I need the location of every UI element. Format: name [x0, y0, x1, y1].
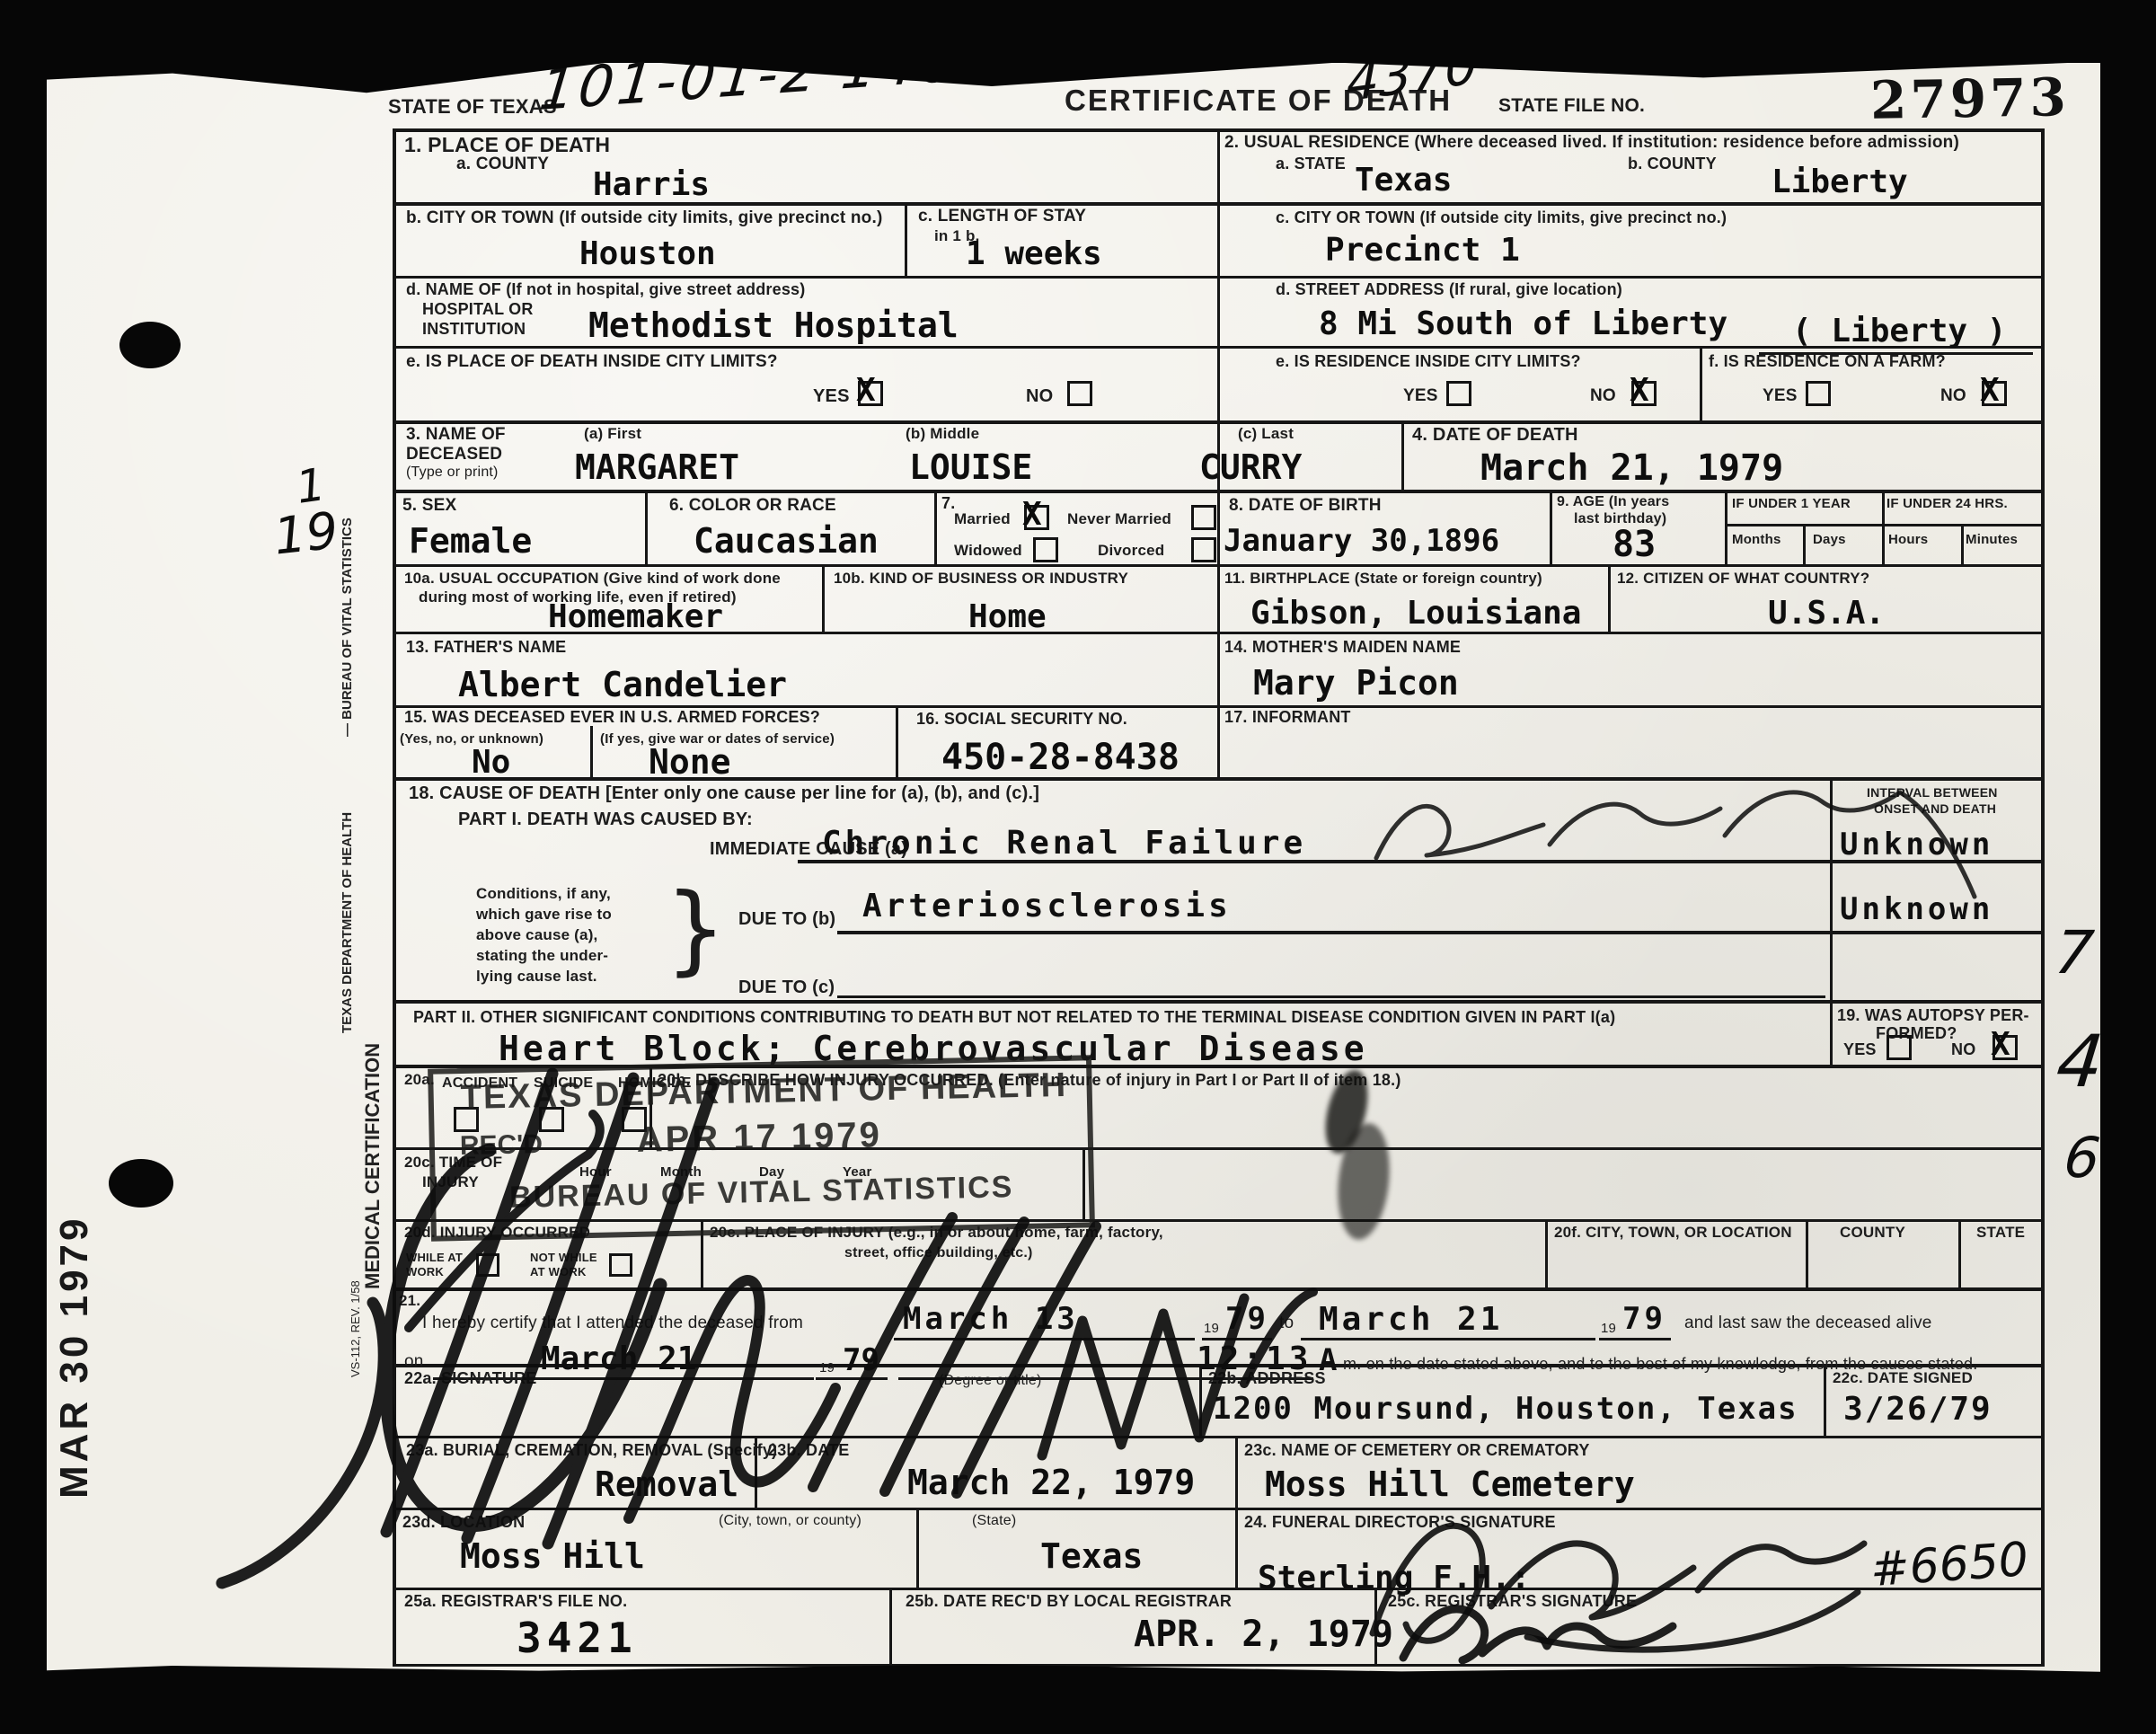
field-14-label: 14. MOTHER'S MAIDEN NAME — [1224, 638, 1461, 657]
grid-line — [1608, 564, 1611, 634]
field-2f-label: f. IS RESIDENCE ON A FARM? — [1709, 352, 1946, 371]
field-18-interval-b-value: Unknown — [1840, 891, 1993, 927]
received-stamp-recd: REC'D — [460, 1129, 543, 1162]
field-7-married-label: Married — [954, 510, 1011, 528]
field-19-yes-label: YES — [1843, 1040, 1877, 1059]
field-1d-value: Methodist Hospital — [588, 305, 959, 345]
field-2f-yes-label: YES — [1763, 386, 1798, 406]
hole-punch-bottom — [109, 1159, 173, 1208]
field-4-label: 4. DATE OF DEATH — [1412, 425, 1578, 446]
field-17-label: 17. INFORMANT — [1224, 708, 1351, 727]
field-2e-no-label: NO — [1590, 386, 1616, 406]
field-23d-sub-label: (City, town, or county) — [719, 1513, 862, 1529]
field-2e-no-checkbox: X — [1631, 381, 1657, 406]
field-24-license-number: #6650 — [1869, 1533, 2030, 1597]
grid-line — [1401, 420, 1404, 492]
field-18-part2-label: PART II. OTHER SIGNIFICANT CONDITIONS CO… — [413, 1008, 1615, 1027]
field-2d-value: 8 Mi South of Liberty — [1319, 305, 1727, 342]
field-18-interval-a-value: Unknown — [1840, 827, 1993, 863]
field-20d-not-checkbox — [609, 1253, 632, 1277]
field-21-number: 21. — [399, 1292, 420, 1310]
field-4-value: March 21, 1979 — [1480, 447, 1783, 489]
field-7-widowed-checkbox — [1033, 537, 1058, 562]
field-5-label: 5. SEX — [402, 496, 456, 516]
grid-line — [905, 202, 907, 279]
grid-line — [1700, 346, 1702, 423]
grid-line — [590, 726, 593, 780]
underline — [1301, 1338, 1595, 1340]
field-2d-value2: ( Liberty ) — [1792, 313, 2006, 349]
field-2e-label: e. IS RESIDENCE INSIDE CITY LIMITS? — [1276, 352, 1581, 371]
field-24-label: 24. FUNERAL DIRECTOR'S SIGNATURE — [1244, 1513, 1556, 1532]
grid-line — [916, 1508, 919, 1590]
field-21-19c: 19 — [819, 1360, 835, 1376]
field-22c-label: 22c. DATE SIGNED — [1833, 1369, 1973, 1387]
margin-bureau-text: — BUREAU OF VITAL STATISTICS — [340, 323, 355, 737]
field-1e-yes-label: YES — [813, 386, 850, 407]
field-21-19b: 19 — [1601, 1321, 1616, 1336]
field-19-label1: 19. WAS AUTOPSY PER- — [1837, 1006, 2029, 1025]
field-7-divorced-label: Divorced — [1098, 542, 1164, 560]
field-2e-yes-label: YES — [1403, 386, 1438, 406]
field-2b-label: b. COUNTY — [1628, 155, 1717, 173]
state-of-texas-label: STATE OF TEXAS — [388, 95, 557, 119]
state-file-no-label: STATE FILE NO. — [1498, 95, 1645, 117]
field-2f-yes-checkbox — [1806, 381, 1831, 406]
field-13-value: Albert Candelier — [458, 665, 787, 704]
field-15-label: 15. WAS DECEASED EVER IN U.S. ARMED FORC… — [404, 708, 820, 727]
grid-line — [1824, 1364, 1826, 1438]
field-3-label1: 3. NAME OF — [406, 425, 506, 445]
field-9-value: 83 — [1613, 524, 1656, 565]
grid-line — [1235, 1508, 1238, 1590]
field-15-value1: No — [472, 744, 510, 781]
field-1c-label: c. LENGTH OF STAY — [918, 207, 1086, 226]
grid-line — [645, 490, 648, 567]
field-2f-no-checkbox: X — [1982, 381, 2007, 406]
grid-line — [889, 1588, 892, 1667]
death-certificate-scan: — BUREAU OF VITAL STATISTICS TEXAS DEPAR… — [0, 0, 2156, 1734]
field-22b-value: 1200 Moursund, Houston, Texas — [1213, 1391, 1798, 1427]
field-25b-label: 25b. DATE REC'D BY LOCAL REGISTRAR — [906, 1592, 1232, 1611]
grid-line — [393, 1508, 2041, 1510]
field-9-under1yr-label: IF UNDER 1 YEAR — [1732, 496, 1851, 511]
field-9-days-label: Days — [1813, 532, 1846, 547]
field-7-widowed-label: Widowed — [954, 542, 1022, 560]
field-20d-not-label1: NOT WHILE — [530, 1251, 597, 1264]
field-23c-value: Moss Hill Cemetery — [1265, 1464, 1635, 1504]
field-21-19a: 19 — [1204, 1321, 1219, 1336]
conditions-brace: } — [665, 873, 727, 986]
field-22b-label: 22b. ADDRESS — [1208, 1369, 1326, 1388]
field-9-hours-label: Hours — [1888, 532, 1928, 547]
field-1-title: 1. PLACE OF DEATH — [404, 133, 610, 157]
field-5-value: Female — [409, 521, 532, 561]
underline — [894, 1338, 1195, 1340]
field-23b-label: 23b. DATE — [768, 1441, 849, 1460]
field-16-value: 450-28-8438 — [941, 737, 1180, 778]
grid-line — [2041, 128, 2045, 1667]
field-21-text2: and last saw the deceased alive — [1684, 1314, 1932, 1333]
field-9-minutes-label: Minutes — [1966, 532, 2018, 547]
grid-line — [1882, 490, 1885, 567]
field-2d-label: d. STREET ADDRESS (If rural, give locati… — [1276, 280, 1622, 299]
field-10a-value: Homemaker — [548, 598, 723, 635]
field-2b-value: Liberty — [1772, 164, 1908, 200]
field-1e-label: e. IS PLACE OF DEATH INSIDE CITY LIMITS? — [406, 352, 778, 372]
field-18a-value: Chronic Renal Failure — [822, 825, 1306, 862]
field-2a-value: Texas — [1355, 162, 1452, 199]
field-20d-not-label2: AT WORK — [530, 1265, 587, 1278]
field-25a-value: 3421 — [517, 1614, 638, 1662]
field-1e-no-checkbox — [1067, 381, 1092, 406]
field-3-last-label: (c) Last — [1238, 425, 1294, 443]
field-23d-state-value: Texas — [1040, 1536, 1143, 1576]
field-18-part1-label: PART I. DEATH WAS CAUSED BY: — [458, 809, 753, 830]
field-18-conditions-note: above cause (a), — [476, 926, 597, 944]
field-18-conditions-note: Conditions, if any, — [476, 885, 611, 903]
field-1b-value: Houston — [579, 235, 716, 272]
field-16-label: 16. SOCIAL SECURITY NO. — [916, 710, 1127, 729]
field-10b-value: Home — [968, 598, 1047, 635]
field-1a-value: Harris — [593, 166, 710, 203]
field-18-due-c-label: DUE TO (c) — [738, 978, 835, 998]
field-2c-label: c. CITY OR TOWN (If outside city limits,… — [1276, 208, 1727, 227]
underline — [816, 1377, 888, 1380]
field-18-label: 18. CAUSE OF DEATH [Enter only one cause… — [409, 783, 1039, 804]
grid-line — [393, 1588, 2041, 1590]
field-3-middle-value: LOUISE — [909, 447, 1032, 487]
grid-line — [1803, 524, 1806, 567]
grid-line — [393, 1664, 2041, 1667]
field-21-to-year: 79 — [1622, 1301, 1666, 1337]
field-23b-value: March 22, 1979 — [907, 1463, 1195, 1502]
received-stamp: TEXAS DEPARTMENT OF HEALTH REC'D APR 17 … — [428, 1055, 1095, 1241]
grid-line — [1725, 490, 1727, 567]
field-1a-label: a. COUNTY — [456, 155, 549, 174]
field-11-label: 11. BIRTHPLACE (State or foreign country… — [1224, 570, 1542, 588]
field-21-text1: I hereby certify that I attended the dec… — [422, 1314, 803, 1333]
interval-header-line2: ONSET AND DEATH — [1874, 801, 1996, 816]
field-23d-state-sub-label: (State) — [972, 1513, 1016, 1529]
field-1b-label: b. CITY OR TOWN (If outside city limits,… — [406, 208, 883, 228]
field-1d-label2: HOSPITAL OR — [422, 300, 534, 319]
grid-line — [1545, 1219, 1548, 1290]
received-stamp-line1: TEXAS DEPARTMENT OF HEALTH — [460, 1066, 1067, 1118]
margin-medical-certification-text: MEDICAL CERTIFICATION — [361, 840, 384, 1289]
grid-line — [934, 490, 937, 567]
field-18-conditions-note: lying cause last. — [476, 968, 597, 986]
scan-border-bottom — [0, 1662, 2156, 1734]
field-1e-yes-checkbox: X — [858, 381, 883, 406]
field-3-first-label: (a) First — [584, 425, 641, 443]
field-22a-degree-label: (Degree or title) — [939, 1373, 1042, 1389]
field-25b-value: APR. 2, 1979 — [1134, 1614, 1393, 1655]
field-20d-while-label2: WORK — [406, 1265, 444, 1278]
field-20e-label2: street, office building, etc.) — [844, 1245, 1033, 1261]
field-11-value: Gibson, Louisiana — [1250, 595, 1581, 632]
grid-line — [1958, 1219, 1961, 1290]
field-19-no-label: NO — [1951, 1040, 1975, 1059]
field-19-no-checkbox: X — [1993, 1035, 2018, 1060]
underline — [837, 995, 1825, 998]
field-21-on-date: March 21 — [541, 1340, 696, 1377]
field-2c-value: Precinct 1 — [1325, 232, 1520, 269]
field-9-label1: 9. AGE (In years — [1557, 494, 1669, 510]
field-22a-label: 22a. SIGNATURE — [404, 1369, 537, 1388]
field-25c-label: 25c. REGISTRAR'S SIGNATURE — [1388, 1592, 1637, 1611]
grid-line — [393, 1287, 2041, 1291]
field-1c-value: 1 weeks — [966, 235, 1102, 272]
field-12-value: U.S.A. — [1768, 595, 1885, 632]
field-8-label: 8. DATE OF BIRTH — [1229, 496, 1382, 516]
grid-line — [393, 128, 396, 1667]
margin-dept-text: TEXAS DEPARTMENT OF HEALTH — [340, 728, 355, 1033]
field-3-middle-label: (b) Middle — [906, 425, 979, 443]
field-8-value: January 30,1896 — [1224, 523, 1499, 559]
margin-form-number-text: VS-112, REV. 1/58 — [349, 1271, 362, 1377]
field-23a-value: Removal — [595, 1464, 738, 1504]
field-20f-label: 20f. CITY, TOWN, OR LOCATION — [1554, 1224, 1792, 1242]
grid-line — [822, 564, 825, 634]
field-3-first-value: MARGARET — [575, 447, 739, 487]
scan-border-left — [0, 0, 47, 1734]
field-3-last-value: CURRY — [1199, 447, 1302, 487]
margin-handwritten-19: 19 — [271, 501, 341, 566]
grid-line — [393, 1436, 2041, 1438]
field-18-conditions-note: which gave rise to — [476, 906, 612, 924]
field-23c-label: 23c. NAME OF CEMETERY OR CREMATORY — [1244, 1441, 1590, 1460]
margin-handwritten-4: 4 — [2053, 1020, 2107, 1103]
field-7-married-checkbox: X — [1024, 505, 1049, 530]
grid-line — [1830, 777, 1833, 1067]
field-19-yes-checkbox — [1886, 1035, 1912, 1060]
field-15-value2: None — [649, 742, 731, 782]
field-23a-label: 23a. BURIAL, CREMATION, REMOVAL (Specify… — [406, 1441, 777, 1460]
field-21-to-date: March 21 — [1319, 1301, 1503, 1338]
hole-punch-top — [119, 322, 181, 368]
field-24-value: Sterling F.H.: — [1258, 1560, 1530, 1597]
received-stamp-date: APR 17 1979 — [636, 1115, 882, 1161]
field-14-value: Mary Picon — [1253, 663, 1459, 703]
field-9-months-label: Months — [1732, 532, 1781, 547]
margin-handwritten-7: 7 — [2052, 918, 2097, 987]
field-21-from-date: March 13 — [903, 1301, 1079, 1337]
field-3-label2: DECEASED — [406, 445, 502, 464]
grid-line — [393, 1000, 2041, 1004]
received-stamp-line2: BUREAU OF VITAL STATISTICS — [509, 1170, 1014, 1216]
field-2a-label: a. STATE — [1276, 155, 1346, 173]
grid-line — [1235, 1436, 1238, 1510]
field-10a-label1: 10a. USUAL OCCUPATION (Give kind of work… — [404, 570, 781, 588]
field-13-label: 13. FATHER'S NAME — [406, 638, 566, 657]
field-21-from-year: 79 — [1225, 1301, 1269, 1337]
field-20d-while-checkbox — [476, 1253, 499, 1277]
field-3-label3: (Type or print) — [406, 464, 499, 481]
interval-header-line1: INTERVAL BETWEEN — [1867, 785, 1998, 800]
field-25a-label: 25a. REGISTRAR'S FILE NO. — [404, 1592, 627, 1611]
field-7-never-married-label: Never Married — [1067, 510, 1171, 528]
field-10b-label: 10b. KIND OF BUSINESS OR INDUSTRY — [834, 570, 1128, 588]
field-23d-value: Moss Hill — [460, 1536, 645, 1576]
field-12-label: 12. CITIZEN OF WHAT COUNTRY? — [1617, 570, 1869, 588]
field-6-value: Caucasian — [694, 521, 879, 561]
margin-date-received-stamp: MAR 30 1979 — [52, 1229, 97, 1499]
field-18-conditions-note: stating the under- — [476, 947, 608, 965]
field-18-due-b-label: DUE TO (b) — [738, 909, 835, 930]
margin-handwritten-6: 6 — [2061, 1125, 2103, 1190]
field-6-label: 6. COLOR OR RACE — [669, 496, 836, 516]
field-23d-label: 23d. LOCATION — [402, 1513, 525, 1532]
field-20f-state-label: STATE — [1976, 1224, 2025, 1242]
grid-line — [1550, 490, 1552, 567]
field-21-on-year: 79 — [843, 1342, 879, 1378]
scan-border-right — [2100, 0, 2156, 1734]
field-22c-value: 3/26/79 — [1843, 1391, 1993, 1428]
grid-line — [1806, 1219, 1808, 1290]
stamped-file-number: 27973 — [1869, 66, 2070, 131]
underline — [837, 931, 2041, 934]
field-20d-while-label1: WHILE AT — [406, 1251, 463, 1264]
field-2-title: 2. USUAL RESIDENCE (Where deceased lived… — [1224, 133, 1959, 153]
field-2e-yes-checkbox — [1446, 381, 1471, 406]
field-9-under24hr-label: IF UNDER 24 HRS. — [1886, 496, 2008, 511]
field-1e-no-label: NO — [1026, 386, 1053, 407]
field-18b-value: Arteriosclerosis — [862, 888, 1232, 925]
field-1d-label3: INSTITUTION — [422, 320, 526, 339]
field-2f-no-label: NO — [1940, 386, 1966, 406]
grid-line — [896, 705, 898, 780]
underline — [1599, 1338, 1671, 1340]
field-21-to: to — [1279, 1314, 1294, 1333]
field-7-never-married-checkbox — [1191, 505, 1216, 530]
field-1d-label: d. NAME OF (If not in hospital, give str… — [406, 280, 805, 299]
field-20f-county-label: COUNTY — [1840, 1224, 1905, 1242]
grid-line — [1961, 524, 1964, 567]
field-7-divorced-checkbox — [1191, 537, 1216, 562]
